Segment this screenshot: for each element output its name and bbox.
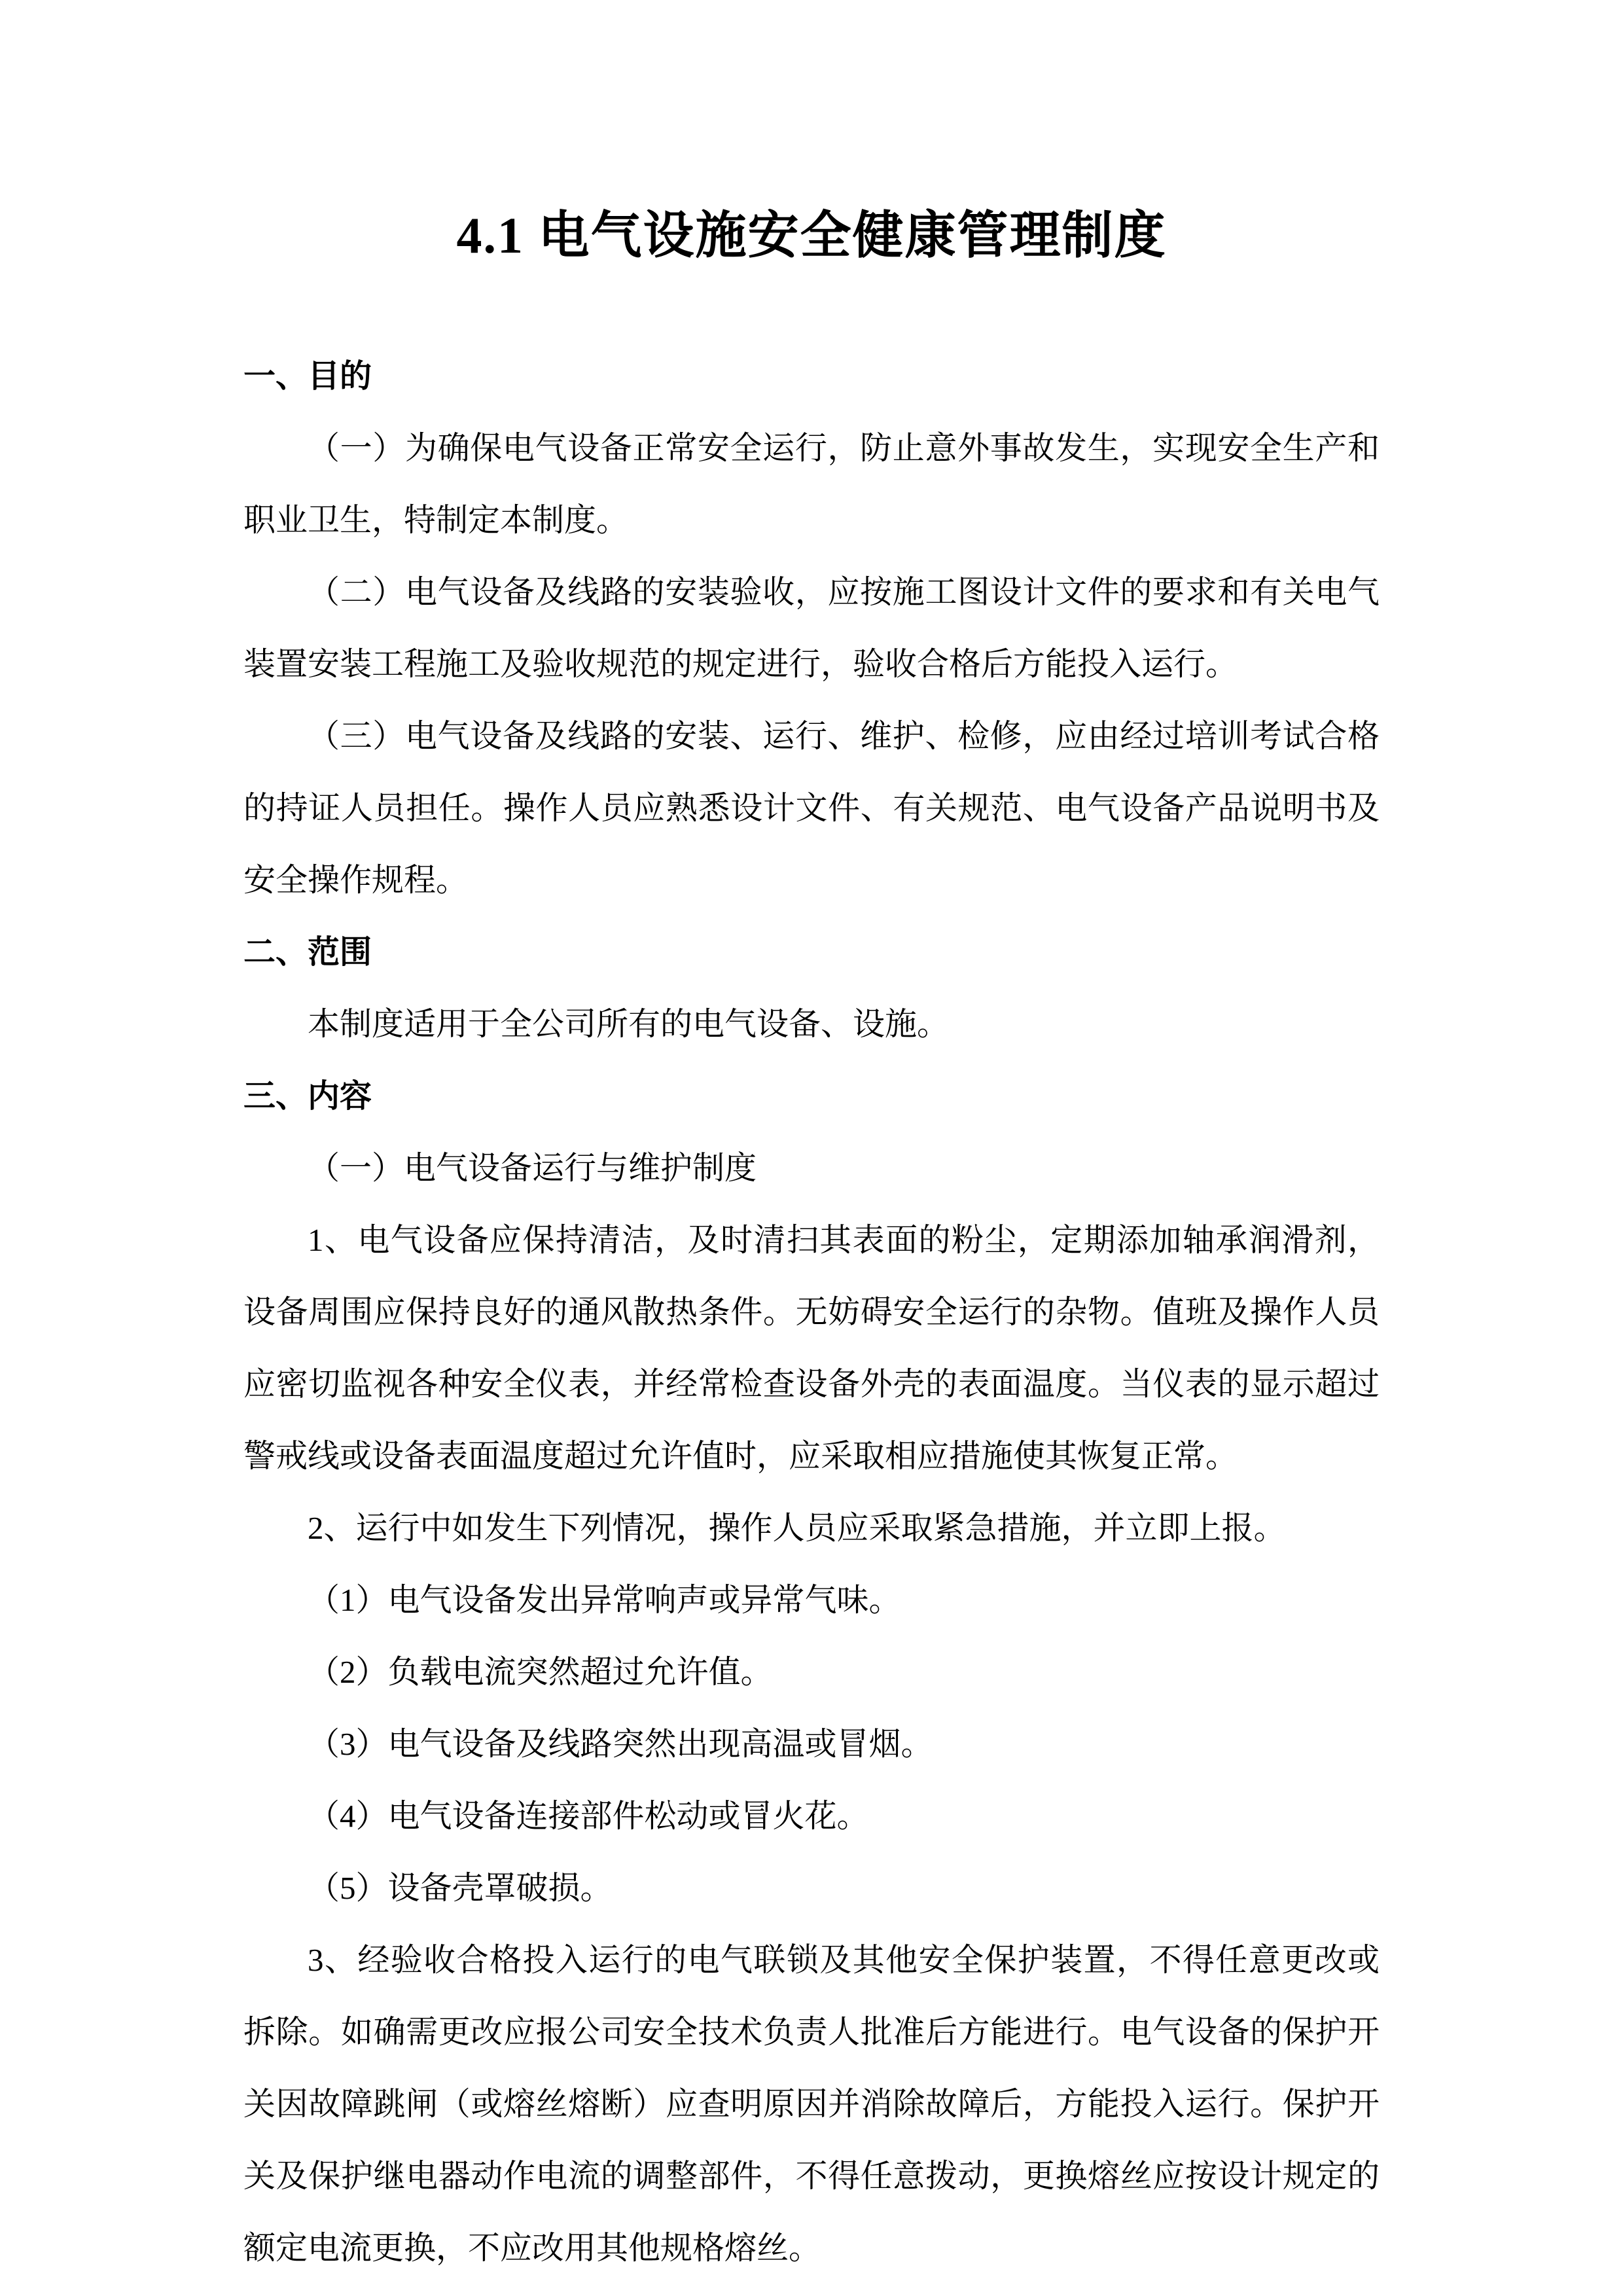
document-page: 4.1 电气设施安全健康管理制度 一、目的 （一）为确保电气设备正常安全运行，防… — [0, 0, 1623, 2296]
list-item: （3）电气设备及线路突然出现高温或冒烟。 — [243, 1708, 1380, 1780]
list-item: （4）电气设备连接部件松动或冒火花。 — [243, 1780, 1380, 1852]
doc-paragraph: 1、电气设备应保持清洁，及时清扫其表面的粉尘，定期添加轴承润滑剂，设备周围应保持… — [243, 1204, 1380, 1492]
section-heading: 二、范围 — [243, 916, 1380, 988]
doc-paragraph: （一）电气设备运行与维护制度 — [243, 1132, 1380, 1204]
list-item: （5）设备壳罩破损。 — [243, 1852, 1380, 1924]
doc-paragraph: 本制度适用于全公司所有的电气设备、设施。 — [243, 988, 1380, 1060]
doc-paragraph: （一）为确保电气设备正常安全运行，防止意外事故发生，实现安全生产和职业卫生，特制… — [243, 412, 1380, 556]
page-title: 4.1 电气设施安全健康管理制度 — [243, 196, 1380, 275]
list-item: （2）负载电流突然超过允许值。 — [243, 1636, 1380, 1708]
document-body: 一、目的 （一）为确保电气设备正常安全运行，防止意外事故发生，实现安全生产和职业… — [243, 340, 1380, 2284]
list-item: （1）电气设备发出异常响声或异常气味。 — [243, 1564, 1380, 1636]
doc-paragraph: （三）电气设备及线路的安装、运行、维护、检修，应由经过培训考试合格的持证人员担任… — [243, 700, 1380, 916]
doc-paragraph: 3、经验收合格投入运行的电气联锁及其他安全保护装置，不得任意更改或拆除。如确需更… — [243, 1924, 1380, 2284]
section-heading: 三、内容 — [243, 1060, 1380, 1132]
doc-paragraph: 2、运行中如发生下列情况，操作人员应采取紧急措施，并立即上报。 — [243, 1492, 1380, 1564]
doc-paragraph: （二）电气设备及线路的安装验收，应按施工图设计文件的要求和有关电气装置安装工程施… — [243, 556, 1380, 700]
section-heading: 一、目的 — [243, 340, 1380, 412]
